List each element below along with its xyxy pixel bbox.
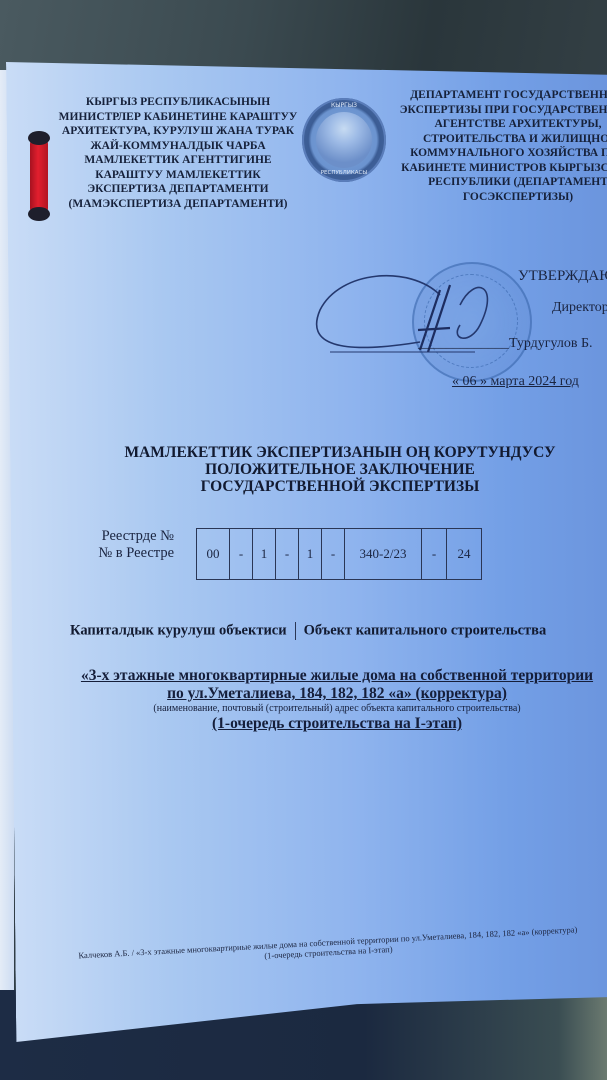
registry-number-table: 00 - 1 - 1 - 340-2/23 - 24 [196,528,482,580]
tassel-knot-top [28,131,50,145]
tassel-knot-bottom [28,207,50,221]
registry-cell: 340-2/23 [345,529,422,580]
approval-signatory: _____________Турдугулов Б. [418,336,593,352]
registry-label: Реестрде № № в Реестре [84,528,174,562]
object-stage: (1-очередь строительства на I-этап) [70,715,604,733]
registry-cell: - [422,529,447,580]
binding-tassel-icon [30,135,48,217]
approval-position: Директор [552,300,607,316]
emblem-top-text: КЫРГЫЗ [302,102,386,109]
state-emblem-icon: КЫРГЫЗ РЕСПУБЛИКАСЫ [302,98,386,182]
title-line-russian-2: государственной экспертизы [110,478,570,495]
registry-cell: - [230,529,253,580]
title-line-kyrgyz: Мамлекеттик экспертизанын оң корутундусу [110,444,570,461]
registry-cell: 1 [299,529,322,580]
object-label-divider [295,622,296,640]
object-name-block: «3-х этажные многоквартирные жилые дома … [70,667,604,733]
header-org-kyrgyz: Кыргыз Республикасынын министрлер кабине… [58,95,298,211]
registry-label-kyrgyz: Реестрде № [84,528,174,545]
registry-cell: - [322,529,345,580]
registry-cell: 24 [447,529,482,580]
emblem-bottom-text: РЕСПУБЛИКАСЫ [302,170,386,176]
registry-label-russian: № в Реестре [84,545,174,562]
approval-label: УТВЕРЖДАЮ [518,268,607,285]
object-name-line-1: «3-х этажные многоквартирные жилые дома … [81,667,593,684]
registry-cell: - [276,529,299,580]
object-name-caption: (наименование, почтовый (строительный) а… [70,703,604,715]
object-label-russian: Объект капитального строительства [304,622,547,638]
emblem-eagle-icon [316,112,372,168]
header-org-russian: Департамент государственной экспертизы п… [398,88,607,204]
document-title: Мамлекеттик экспертизанын оң корутундусу… [110,444,570,495]
object-label-kyrgyz: Капиталдык курулуш объектиси [70,622,287,638]
approval-date: « 06 » марта 2024 год [452,374,579,390]
title-line-russian-1: Положительное заключение [110,461,570,478]
registry-cell: 1 [253,529,276,580]
object-label-row: Капиталдык курулуш объектисиОбъект капит… [70,622,607,640]
object-name-line-2: по ул.Уметалиева, 184, 182, 182 «а» (кор… [167,685,507,702]
registry-cell: 00 [197,529,230,580]
